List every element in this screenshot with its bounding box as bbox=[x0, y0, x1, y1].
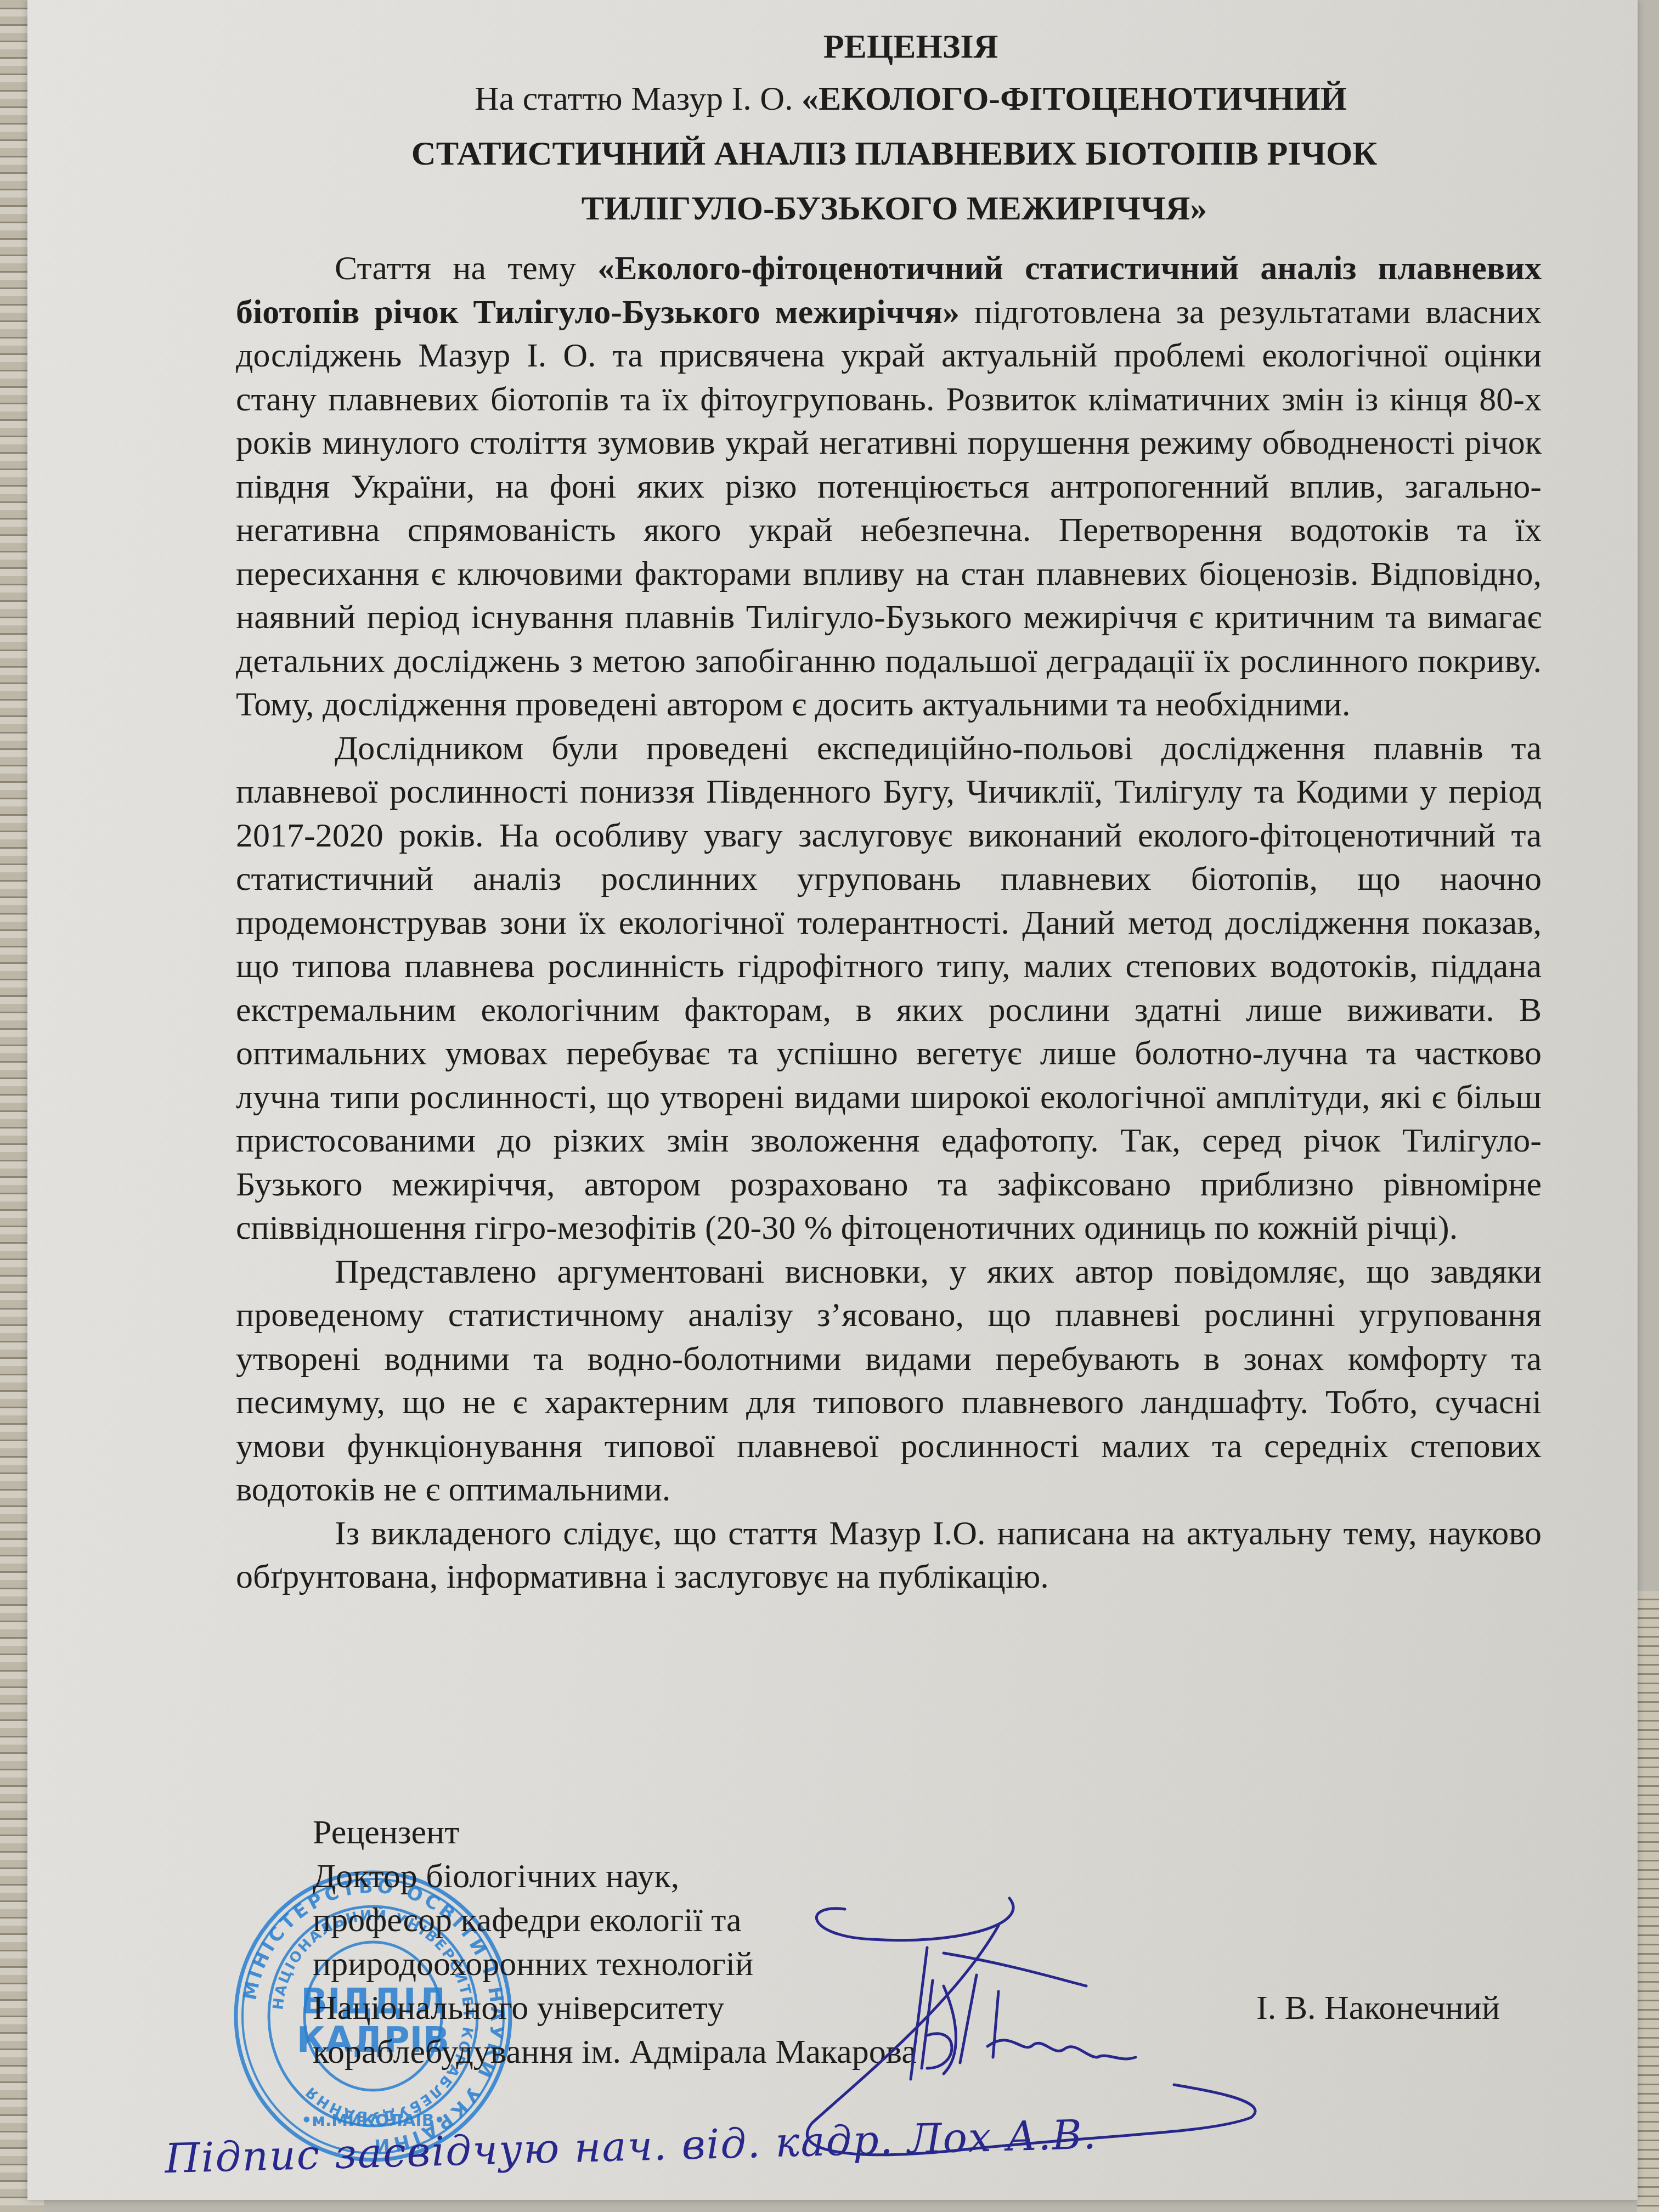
svg-text:•м.МИКОЛАЇВ•: •м.МИКОЛАЇВ• bbox=[301, 2111, 444, 2130]
paragraph-intro-text: підготовлена за результатами власних дос… bbox=[236, 294, 1542, 724]
desk-background-right bbox=[1637, 1591, 1659, 2212]
paragraph-intro: Стаття на тему «Еколого-фітоценотичний с… bbox=[236, 247, 1542, 727]
reviewer-label: Рецензент bbox=[313, 1810, 917, 1854]
paragraph-intro-lead: Стаття на тему bbox=[335, 250, 597, 287]
document-subtitle: На статтю Мазур І. О. «ЕКОЛОГО-ФІТОЦЕНОТ… bbox=[280, 71, 1542, 126]
paragraph-recommendation: Із викладеного слідує, що стаття Мазур І… bbox=[236, 1512, 1542, 1599]
subtitle-prefix: На статтю Мазур І. О. bbox=[475, 80, 802, 117]
reviewer-degree: Доктор біологічних наук, bbox=[313, 1854, 917, 1898]
article-title-line-3: ТИЛІГУЛО-БУЗЬКОГО МЕЖИРІЧЧЯ» bbox=[247, 181, 1542, 236]
paragraph-conclusions: Представлено аргументовані висновки, у я… bbox=[236, 1250, 1542, 1512]
article-title-line-2: СТАТИСТИЧНИЙ АНАЛІЗ ПЛАВНЕВИХ БІОТОПІВ Р… bbox=[247, 126, 1542, 181]
document-body: РЕЦЕНЗІЯ На статтю Мазур І. О. «ЕКОЛОГО-… bbox=[236, 22, 1542, 1599]
paragraph-methods: Дослідником були проведені експедиційно-… bbox=[236, 727, 1542, 1250]
subtitle-bold: «ЕКОЛОГО-ФІТОЦЕНОТИЧНИЙ bbox=[802, 80, 1347, 117]
document-title: РЕЦЕНЗІЯ bbox=[280, 22, 1542, 71]
